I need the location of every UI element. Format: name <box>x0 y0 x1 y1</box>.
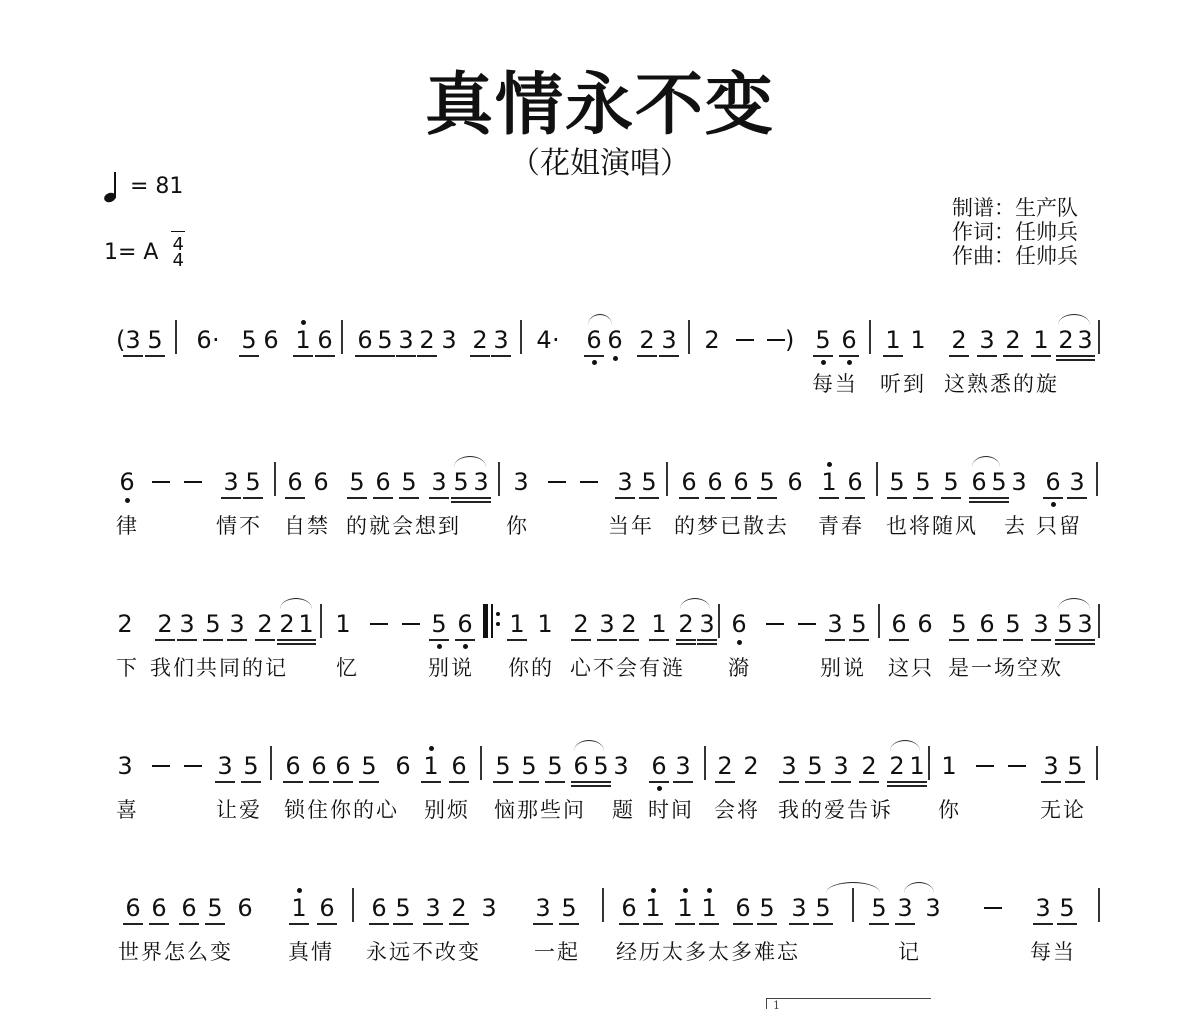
note: 1 <box>294 326 312 354</box>
note: 5 <box>520 752 538 780</box>
lyric-text: 永远不改变 <box>366 938 481 966</box>
note: 3 <box>472 468 490 496</box>
note: 3 <box>440 326 458 354</box>
beam-line <box>643 923 663 925</box>
beam-line <box>149 923 169 925</box>
beam-line <box>615 497 635 499</box>
beam-line <box>584 355 604 357</box>
note: 6 <box>124 894 142 922</box>
beam-line <box>907 781 927 783</box>
beam-line <box>393 923 413 925</box>
note: 3 <box>1032 610 1050 638</box>
barline <box>602 888 604 922</box>
barline <box>320 604 322 638</box>
beam-line <box>949 355 969 357</box>
beam-line <box>369 923 389 925</box>
beam-line <box>123 923 143 925</box>
note: 3 <box>1042 752 1060 780</box>
note: 5 <box>146 326 164 354</box>
note: 3 <box>492 326 510 354</box>
note: 2 <box>620 610 638 638</box>
score-row: 33566656165556536322353221135喜让爱锁住你的心别烦恼… <box>0 752 1200 862</box>
beam-line <box>895 923 915 925</box>
notation-symbol: ) <box>785 326 794 354</box>
note: 3 <box>1034 894 1052 922</box>
credits: 制谱：生产队 作词：任帅兵 作曲：任帅兵 <box>952 196 1078 268</box>
note: 5 <box>244 468 262 496</box>
sustain-dash <box>984 907 1002 909</box>
low-octave-dot <box>125 498 130 503</box>
beam-line <box>673 781 693 783</box>
note: 3 <box>397 326 415 354</box>
sustain-dash <box>580 481 598 483</box>
beam-line <box>591 781 611 783</box>
beam-line <box>637 355 657 357</box>
barline <box>270 746 272 780</box>
beam-line <box>359 781 379 783</box>
beam-line <box>373 497 393 499</box>
note: 6 <box>572 752 590 780</box>
note: 6 <box>916 610 934 638</box>
beam-line <box>757 923 777 925</box>
note: 2 <box>572 610 590 638</box>
tie-arc <box>1058 314 1090 325</box>
note: 3 <box>512 468 530 496</box>
beam-line <box>471 501 491 503</box>
tie-arc <box>680 598 710 609</box>
beam-line <box>813 355 833 357</box>
beam-line <box>355 355 375 357</box>
note: 3 <box>674 752 692 780</box>
note: 1 <box>908 752 926 780</box>
beam-line <box>1031 639 1051 641</box>
barline <box>928 746 930 780</box>
note: 6 <box>840 326 858 354</box>
low-octave-dot <box>737 640 742 645</box>
note: 5 <box>758 894 776 922</box>
sustain-dash <box>548 481 566 483</box>
lyric-text: 的就会想到 <box>346 512 461 540</box>
note: 6 <box>680 468 698 496</box>
note: 2 <box>950 326 968 354</box>
barline <box>1098 888 1100 922</box>
beam-line <box>285 497 305 499</box>
note: 6 <box>312 468 330 496</box>
high-octave-dot <box>707 888 712 893</box>
note: 1 <box>940 752 958 780</box>
score-row: 63566565353335666561655565363律情不自禁的就会想到你… <box>0 468 1200 578</box>
beam-line <box>1003 639 1023 641</box>
barline <box>1096 746 1098 780</box>
beam-line <box>813 923 833 925</box>
barline <box>666 462 668 496</box>
score-row: (356·561665323234·66232)5611232123每当听到这熟… <box>0 326 1200 436</box>
song-title: 真情永不变 <box>0 66 1200 146</box>
beam-line <box>989 501 1009 503</box>
sustain-dash <box>184 765 202 767</box>
beam-line <box>429 639 449 641</box>
lyric-text: 会将 <box>714 796 760 824</box>
lyric-text: 青春 <box>818 512 864 540</box>
beam-line <box>789 923 809 925</box>
barline <box>876 462 878 496</box>
beam-line <box>989 497 1009 499</box>
beam-line <box>449 923 469 925</box>
beam-line <box>941 497 961 499</box>
barline <box>480 746 482 780</box>
beam-line <box>1041 781 1061 783</box>
note: 3 <box>178 610 196 638</box>
note: 6 <box>606 326 624 354</box>
barline <box>869 320 871 354</box>
note: 6 <box>286 468 304 496</box>
tie-arc <box>904 882 934 893</box>
tie-arc <box>826 882 880 893</box>
note: 2 <box>1004 326 1022 354</box>
beam-line <box>493 781 513 783</box>
barline <box>520 320 522 354</box>
low-octave-dot <box>463 644 468 649</box>
note: 3 <box>1010 468 1028 496</box>
note: 6 <box>730 610 748 638</box>
note: 1 <box>700 894 718 922</box>
note: 5 <box>1004 610 1022 638</box>
tie-arc <box>574 740 604 751</box>
lyric-text: 每当 <box>812 370 858 398</box>
lyric-text: 你的 <box>508 654 554 682</box>
note: 6 <box>978 610 996 638</box>
note: 6 <box>284 752 302 780</box>
note: 3 <box>116 752 134 780</box>
beam-line <box>705 497 725 499</box>
beam-line <box>241 781 261 783</box>
beam-line <box>399 497 419 499</box>
barline <box>352 888 354 922</box>
note: 5 <box>494 752 512 780</box>
beam-line <box>805 781 825 783</box>
beam-line <box>825 639 845 641</box>
lyric-text: 听到 <box>880 370 926 398</box>
note: 5 <box>348 468 366 496</box>
lyric-text: 让爱 <box>216 796 262 824</box>
barline <box>718 604 720 638</box>
note: 2 <box>471 326 489 354</box>
lyric-text: 我的爱告诉 <box>778 796 893 824</box>
note: 2 <box>742 752 760 780</box>
note: 6 <box>236 894 254 922</box>
note: 1 <box>650 610 668 638</box>
barline <box>1096 462 1098 496</box>
time-signature: 4 4 <box>172 237 183 269</box>
note: 3 <box>424 894 442 922</box>
note: 2 <box>860 752 878 780</box>
credit-composer: 作曲：任帅兵 <box>952 244 1078 268</box>
barline <box>704 746 706 780</box>
note: 3 <box>698 610 716 638</box>
beam-line <box>1031 355 1051 357</box>
beam-line <box>205 923 225 925</box>
beam-line <box>699 923 719 925</box>
beam-line <box>591 785 611 787</box>
note: 5 <box>206 894 224 922</box>
note: 2 <box>677 610 695 638</box>
note: 6 <box>890 610 908 638</box>
high-octave-dot <box>683 888 688 893</box>
lyric-text: 锁住你的心 <box>284 796 399 824</box>
lyric-text: 别烦 <box>424 796 470 824</box>
beam-line <box>675 923 695 925</box>
note: 5 <box>850 610 868 638</box>
beam-line <box>883 355 903 357</box>
notation-symbol: · <box>552 326 560 354</box>
lyric-text: 喜 <box>116 796 139 824</box>
beam-line <box>731 497 751 499</box>
note: 6 <box>456 610 474 638</box>
note: 2 <box>116 610 134 638</box>
note: 3 <box>896 894 914 922</box>
beam-line <box>1075 355 1095 357</box>
low-octave-dot <box>821 360 826 365</box>
note: 5 <box>430 610 448 638</box>
note: 5 <box>240 326 258 354</box>
note: 5 <box>888 468 906 496</box>
low-octave-dot <box>847 360 852 365</box>
beam-line <box>421 781 441 783</box>
low-octave-dot <box>613 356 618 361</box>
note: 6 <box>180 894 198 922</box>
note: 3 <box>826 610 844 638</box>
high-octave-dot <box>297 888 302 893</box>
beam-line <box>1057 923 1077 925</box>
note: 6 <box>195 326 213 354</box>
note: 3 <box>480 894 498 922</box>
beam-line <box>977 639 997 641</box>
note: 6 <box>620 894 638 922</box>
beam-line <box>819 497 839 499</box>
beam-line <box>333 781 353 783</box>
note: 5 <box>990 468 1008 496</box>
note: 1 <box>536 610 554 638</box>
beam-line <box>243 497 263 499</box>
beam-line <box>177 639 197 641</box>
note: 3 <box>1068 468 1086 496</box>
beam-line <box>697 643 717 645</box>
lyric-text: 无论 <box>1040 796 1086 824</box>
sustain-dash <box>976 765 994 767</box>
beam-line <box>679 497 699 499</box>
note: 6 <box>846 468 864 496</box>
beam-line <box>545 781 565 783</box>
beam-line <box>277 639 297 641</box>
note: 1 <box>820 468 838 496</box>
lyric-text: 记 <box>898 938 921 966</box>
beam-line <box>309 781 329 783</box>
note: 3 <box>924 894 942 922</box>
note: 6 <box>734 894 752 922</box>
beam-line <box>1056 355 1076 357</box>
lyric-text: 这只 <box>888 654 934 682</box>
note: 5 <box>360 752 378 780</box>
lyric-text: 当年 <box>608 512 654 540</box>
beam-line <box>869 923 889 925</box>
beam-line <box>977 355 997 357</box>
beam-line <box>779 781 799 783</box>
beam-line <box>676 639 696 641</box>
note: 1 <box>1032 326 1050 354</box>
beam-line <box>123 355 143 357</box>
beam-line <box>859 781 879 783</box>
note: 3 <box>660 326 678 354</box>
beam-line <box>451 497 471 499</box>
note: 2 <box>703 326 721 354</box>
lyric-text: 的梦已散去 <box>674 512 789 540</box>
sustain-dash <box>798 623 816 625</box>
note: 6 <box>1044 468 1062 496</box>
lyric-text: 真情 <box>288 938 334 966</box>
sustain-dash <box>370 623 388 625</box>
note: 5 <box>914 468 932 496</box>
beam-line <box>571 785 591 787</box>
sustain-dash <box>402 623 420 625</box>
note: 5 <box>1056 610 1074 638</box>
beam-line <box>659 355 679 357</box>
note: 5 <box>758 468 776 496</box>
note: 5 <box>640 468 658 496</box>
sustain-dash <box>1008 765 1026 767</box>
beam-line <box>571 781 591 783</box>
beam-line <box>239 355 259 357</box>
note: 5 <box>1058 894 1076 922</box>
sustain-dash <box>736 339 754 341</box>
beam-line <box>277 643 297 645</box>
beam-line <box>757 497 777 499</box>
note: 5 <box>560 894 578 922</box>
beam-line <box>449 781 469 783</box>
credit-lyricist: 作词：任帅兵 <box>952 220 1078 244</box>
beam-line <box>429 497 449 499</box>
tempo-marking: = 81 <box>104 170 183 204</box>
note: 3 <box>430 468 448 496</box>
sustain-dash <box>767 339 785 341</box>
note: 3 <box>832 752 850 780</box>
note: 3 <box>222 468 240 496</box>
note: 5 <box>1066 752 1084 780</box>
note: 2 <box>418 326 436 354</box>
note: 6 <box>334 752 352 780</box>
lyric-text: 你 <box>938 796 961 824</box>
lyric-text: 忆 <box>336 654 359 682</box>
high-octave-dot <box>651 888 656 893</box>
lyric-text: 世界怎么变 <box>118 938 233 966</box>
lyric-text: 这熟悉的旋 <box>944 370 1059 398</box>
note: 5 <box>592 752 610 780</box>
high-octave-dot <box>301 320 306 325</box>
high-octave-dot <box>429 746 434 751</box>
beam-line <box>283 781 303 783</box>
score-row: 223532211561123212363566565353下我们共同的记忆别说… <box>0 610 1200 720</box>
beam-line <box>887 781 907 783</box>
beam-line <box>1067 497 1087 499</box>
lyric-text: 别说 <box>428 654 474 682</box>
beam-line <box>887 785 907 787</box>
note: 4 <box>535 326 553 354</box>
tie-arc <box>588 314 612 325</box>
tie-arc <box>1058 598 1090 609</box>
tie-arc <box>890 740 920 751</box>
beam-line <box>296 643 316 645</box>
score-row: 666561665323356111653553335世界怎么变真情永远不改变一… <box>0 894 1200 1004</box>
note: 3 <box>216 752 234 780</box>
lyric-text: 心不会有涟 <box>570 654 685 682</box>
beam-line <box>417 355 437 357</box>
note: 6 <box>310 752 328 780</box>
lyric-text: 别说 <box>820 654 866 682</box>
note: 1 <box>297 610 315 638</box>
note: 1 <box>909 326 927 354</box>
beam-line <box>347 497 367 499</box>
barline <box>1098 320 1100 354</box>
note: 3 <box>228 610 246 638</box>
beam-line <box>969 497 989 499</box>
beam-line <box>619 639 639 641</box>
beam-line <box>293 355 313 357</box>
note: 3 <box>616 468 634 496</box>
note: 5 <box>814 326 832 354</box>
note: 5 <box>452 468 470 496</box>
lyric-text: 只留 <box>1036 512 1082 540</box>
note: 1 <box>884 326 902 354</box>
note: 6 <box>318 894 336 922</box>
note: 2 <box>256 610 274 638</box>
note: 6 <box>450 752 468 780</box>
beam-line <box>715 781 735 783</box>
beam-line <box>455 639 475 641</box>
barline <box>878 604 880 638</box>
low-octave-dot <box>592 360 597 365</box>
credit-arranger: 制谱：生产队 <box>952 196 1078 220</box>
barline <box>1098 604 1100 638</box>
beam-line <box>1055 643 1075 645</box>
lyric-text: 也将随风 <box>886 512 978 540</box>
beam-line <box>1075 643 1095 645</box>
beam-line <box>949 639 969 641</box>
beam-line <box>619 923 639 925</box>
low-octave-dot <box>437 644 442 649</box>
note: 6 <box>374 468 392 496</box>
note: 2 <box>1057 326 1075 354</box>
beam-line <box>649 639 669 641</box>
note: 1 <box>508 610 526 638</box>
note: 6 <box>970 468 988 496</box>
lyric-text: 漪 <box>728 654 751 682</box>
lyric-text: 去 <box>1004 512 1027 540</box>
lyric-text: 经历太多太多难忘 <box>616 938 800 966</box>
tie-arc <box>972 456 1000 467</box>
beam-line <box>559 923 579 925</box>
note: 5 <box>942 468 960 496</box>
note: 3 <box>790 894 808 922</box>
beam-line <box>451 501 471 503</box>
note: 1 <box>644 894 662 922</box>
beam-line <box>145 355 165 357</box>
beam-line <box>215 781 235 783</box>
beam-line <box>1033 923 1053 925</box>
tie-arc <box>454 456 486 467</box>
lyric-text: 你 <box>506 512 529 540</box>
note: 6 <box>118 468 136 496</box>
sustain-dash <box>184 481 202 483</box>
beam-line <box>317 923 337 925</box>
